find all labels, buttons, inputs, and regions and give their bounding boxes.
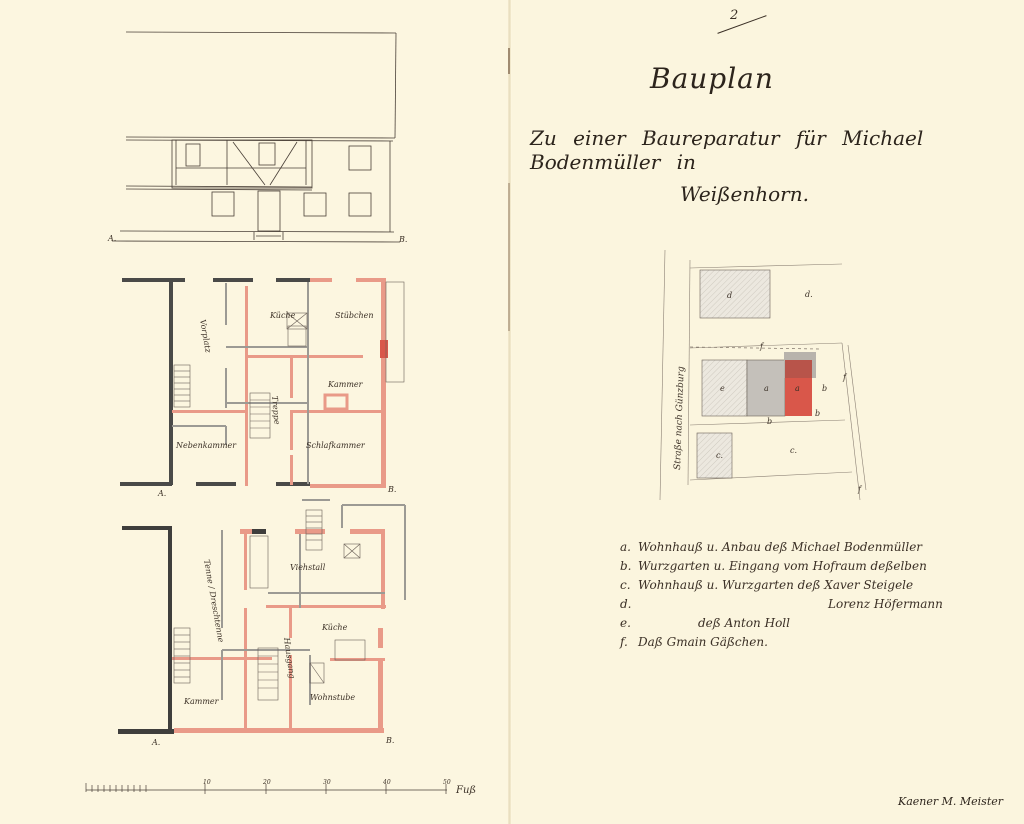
parcel-label-f2: f	[842, 373, 848, 382]
legend-item-b: b.Wurzgarten u. Eingang vom Hofraum deße…	[620, 559, 943, 578]
street-label: Straße nach Günzburg	[673, 366, 687, 470]
legend-item-d: d.Lorenz Höfermann	[620, 597, 943, 616]
scale-tick-30: 30	[323, 779, 331, 786]
site-plan-legend: a.Wohnhauß u. Anbau deß Michael Bodenmül…	[620, 540, 943, 654]
parcel-label-a: a	[764, 384, 769, 393]
site-plan: d d. f e a a b b c. c. f f b Straße nach…	[0, 0, 1024, 520]
scale-tick-50: 50	[443, 779, 451, 786]
parcel-label-c2: c.	[790, 446, 797, 455]
scale-tick-10: 10	[203, 779, 211, 786]
parcel-label-b2: b	[767, 417, 772, 426]
parcel-label-a2: a	[795, 384, 800, 393]
legend-item-a: a.Wohnhauß u. Anbau deß Michael Bodenmül…	[620, 540, 943, 559]
parcel-label-f: f	[759, 342, 765, 351]
scale-tick-20: 20	[262, 779, 271, 786]
scale-unit: Fuß	[455, 785, 476, 796]
scale-tick-40: 40	[382, 779, 391, 786]
parcel-label-c: c.	[716, 451, 723, 460]
parcel-label-f3: f	[857, 485, 863, 494]
parcel-label-d2: d.	[805, 290, 813, 299]
parcel-label-e: e	[720, 384, 725, 393]
legend-item-c: c.Wohnhauß u. Wurzgarten deß Xaver Steig…	[620, 578, 943, 597]
parcel-label-b: b	[822, 384, 827, 393]
parcel-label-d: d	[727, 291, 732, 300]
legend-item-f: f.Daß Gmain Gäßchen.	[620, 635, 943, 654]
legend-item-e: e.deß Anton Holl	[620, 616, 943, 635]
parcel-label-b3: b	[815, 409, 820, 418]
signature: Kaener M. Meister	[898, 795, 1003, 808]
